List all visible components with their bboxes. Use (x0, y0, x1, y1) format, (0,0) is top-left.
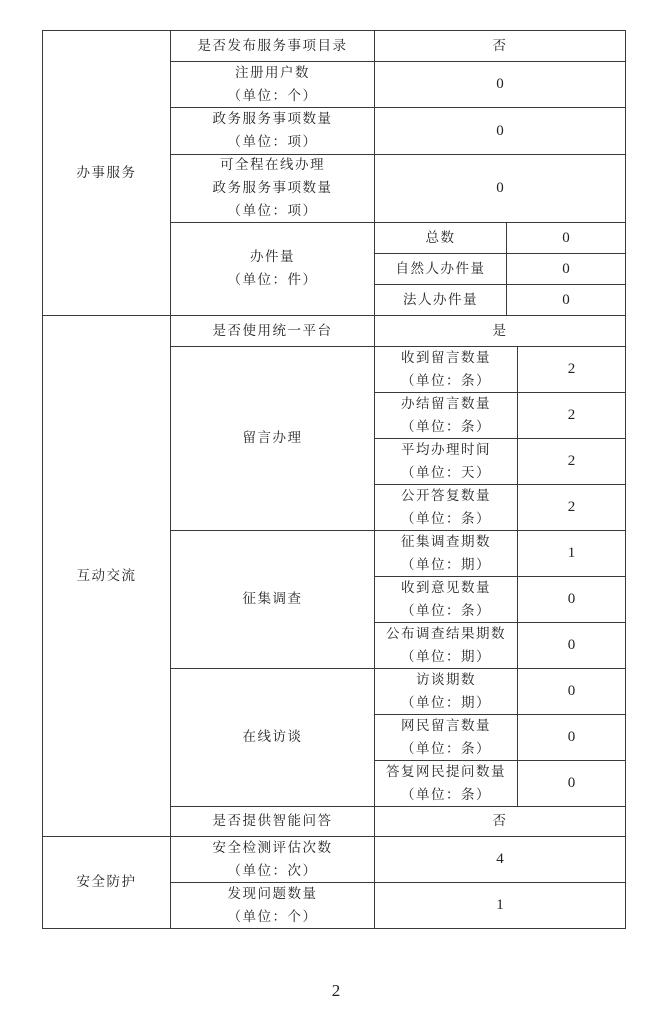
messages-received-label: 收到留言数量 （单位：条） (374, 346, 518, 393)
service-items-value: 0 (374, 107, 626, 155)
survey-opinions-label: 收到意见数量 （单位：条） (374, 576, 518, 623)
unified-platform-value: 是 (374, 315, 626, 347)
messages-public-label: 公开答复数量 （单位：条） (374, 484, 518, 531)
survey-periods-value: 1 (517, 530, 626, 577)
publish-catalog-label: 是否发布服务事项目录 (170, 30, 375, 62)
sub-value: 0 (568, 772, 576, 795)
messages-closed-label: 办结留言数量 （单位：条） (374, 392, 518, 439)
handled-label: 办件量 （单位：件） (170, 222, 375, 316)
row-value: 否 (493, 35, 508, 58)
messages-public-value: 2 (517, 484, 626, 531)
issues-label: 发现问题数量 （单位：个） (170, 882, 375, 929)
category-office-service: 办事服务 (42, 30, 171, 316)
interview-replies-value: 0 (517, 760, 626, 807)
category-security: 安全防护 (42, 836, 171, 929)
sub-label: 收到留言数量 （单位：条） (401, 347, 491, 393)
category-interaction: 互动交流 (42, 315, 171, 837)
interview-messages-value: 0 (517, 714, 626, 761)
service-items-label: 政务服务事项数量 （单位：项） (170, 107, 375, 155)
online-items-value: 0 (374, 154, 626, 223)
sub-label: 答复网民提问数量 （单位：条） (386, 761, 506, 807)
sub-label: 办结留言数量 （单位：条） (401, 393, 491, 439)
row-value: 1 (496, 894, 504, 917)
sub-value: 2 (568, 450, 576, 473)
sub-label: 征集调查期数 （单位：期） (401, 531, 491, 577)
row-label: 是否提供智能问答 (213, 810, 333, 833)
sub-label: 平均办理时间 （单位：天） (401, 439, 491, 485)
row-value: 0 (496, 177, 504, 200)
handled-natural-label: 自然人办件量 (374, 253, 507, 285)
sub-value: 0 (562, 258, 570, 281)
row-value: 0 (496, 120, 504, 143)
group-label: 在线访谈 (243, 726, 303, 749)
row-label: 注册用户数 （单位：个） (228, 62, 318, 108)
sub-label: 收到意见数量 （单位：条） (401, 577, 491, 623)
unified-platform-label: 是否使用统一平台 (170, 315, 375, 347)
category-label: 办事服务 (77, 162, 137, 185)
row-label: 政务服务事项数量 （单位：项） (213, 108, 333, 154)
sub-label: 访谈期数 （单位：期） (401, 669, 491, 715)
online-items-label: 可全程在线办理 政务服务事项数量 （单位：项） (170, 154, 375, 223)
group-label: 留言办理 (243, 427, 303, 450)
sub-value: 0 (568, 634, 576, 657)
registered-users-value: 0 (374, 61, 626, 108)
messages-received-value: 2 (517, 346, 626, 393)
row-value: 否 (493, 810, 508, 833)
sub-value: 0 (568, 726, 576, 749)
messages-closed-value: 2 (517, 392, 626, 439)
interview-replies-label: 答复网民提问数量 （单位：条） (374, 760, 518, 807)
sub-value: 0 (568, 588, 576, 611)
category-label: 互动交流 (77, 565, 137, 588)
assessments-label: 安全检测评估次数 （单位：次） (170, 836, 375, 883)
row-value: 0 (496, 73, 504, 96)
group-label: 征集调查 (243, 588, 303, 611)
survey-periods-label: 征集调查期数 （单位：期） (374, 530, 518, 577)
sub-value: 0 (562, 289, 570, 312)
survey-results-label: 公布调查结果期数 （单位：期） (374, 622, 518, 669)
interview-periods-value: 0 (517, 668, 626, 715)
row-label: 是否发布服务事项目录 (198, 35, 348, 58)
handled-legal-label: 法人办件量 (374, 284, 507, 316)
handled-total-label: 总数 (374, 222, 507, 254)
handled-total-value: 0 (506, 222, 626, 254)
messages-avg-time-label: 平均办理时间 （单位：天） (374, 438, 518, 485)
publish-catalog-value: 否 (374, 30, 626, 62)
sub-value: 2 (568, 358, 576, 381)
sub-label: 公开答复数量 （单位：条） (401, 485, 491, 531)
category-label: 安全防护 (77, 871, 137, 894)
survey-opinions-value: 0 (517, 576, 626, 623)
issues-value: 1 (374, 882, 626, 929)
row-value: 4 (496, 848, 504, 871)
messages-avg-time-value: 2 (517, 438, 626, 485)
row-label: 安全检测评估次数 （单位：次） (213, 837, 333, 883)
row-label: 办件量 （单位：件） (228, 246, 318, 292)
sub-value: 0 (562, 227, 570, 250)
row-value: 是 (493, 320, 508, 343)
sub-label: 自然人办件量 (396, 258, 486, 281)
sub-value: 0 (568, 680, 576, 703)
page-number: 2 (0, 981, 672, 1001)
smart-qa-label: 是否提供智能问答 (170, 806, 375, 837)
survey-label: 征集调查 (170, 530, 375, 669)
interview-messages-label: 网民留言数量 （单位：条） (374, 714, 518, 761)
survey-results-value: 0 (517, 622, 626, 669)
assessments-value: 4 (374, 836, 626, 883)
interview-periods-label: 访谈期数 （单位：期） (374, 668, 518, 715)
row-label: 可全程在线办理 政务服务事项数量 （单位：项） (213, 154, 333, 223)
interview-label: 在线访谈 (170, 668, 375, 807)
messages-label: 留言办理 (170, 346, 375, 531)
sub-value: 2 (568, 404, 576, 427)
handled-legal-value: 0 (506, 284, 626, 316)
sub-label: 法人办件量 (403, 289, 478, 312)
smart-qa-value: 否 (374, 806, 626, 837)
statistics-table: 办事服务 互动交流 安全防护 是否发布服务事项目录 否 注册用户数 （单位：个）… (0, 0, 672, 1021)
row-label: 是否使用统一平台 (213, 320, 333, 343)
handled-natural-value: 0 (506, 253, 626, 285)
sub-value: 2 (568, 496, 576, 519)
sub-value: 1 (568, 542, 576, 565)
registered-users-label: 注册用户数 （单位：个） (170, 61, 375, 108)
sub-label: 公布调查结果期数 （单位：期） (386, 623, 506, 669)
sub-label: 网民留言数量 （单位：条） (401, 715, 491, 761)
row-label: 发现问题数量 （单位：个） (228, 883, 318, 929)
sub-label: 总数 (426, 227, 456, 250)
